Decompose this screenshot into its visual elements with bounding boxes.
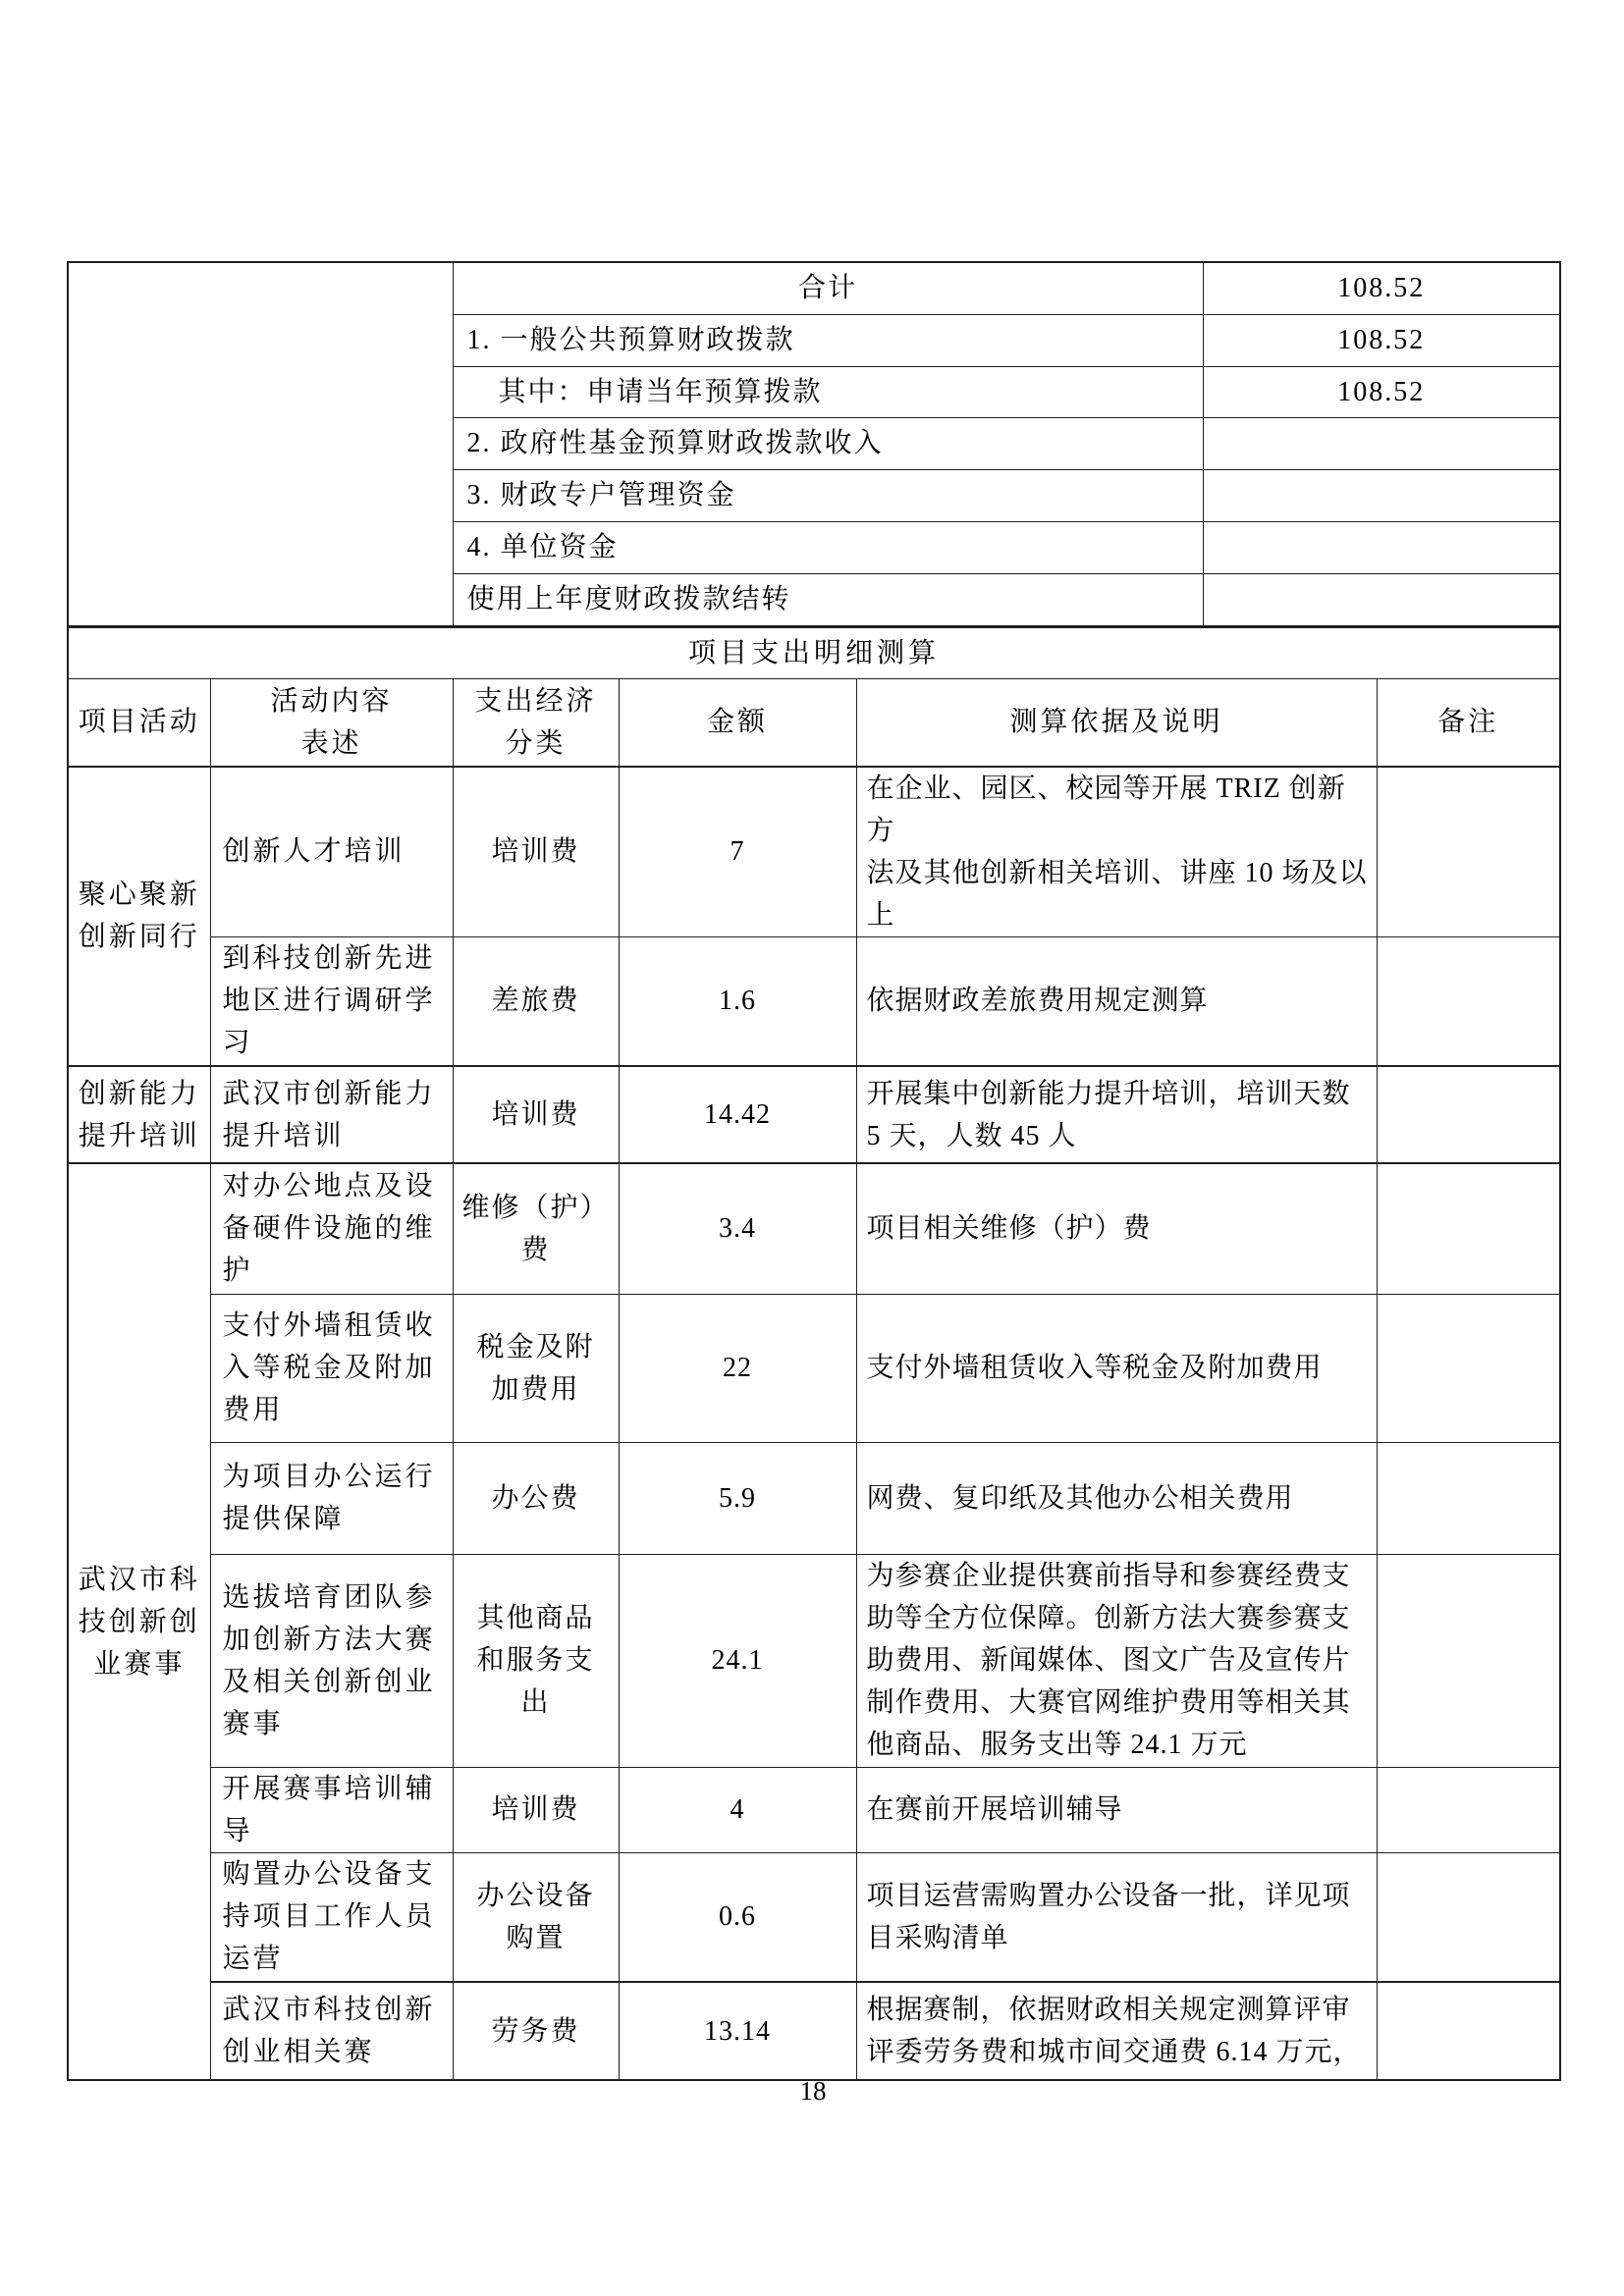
basis-cell: 在赛前开展培训辅导 [856,1767,1377,1852]
funding-label: 3. 财政专户管理资金 [453,469,1203,521]
activity-cell: 支付外墙租赁收 入等税金及附加 费用 [210,1294,453,1442]
basis-cell: 根据赛制，依据财政相关规定测算评审 评委劳务费和城市间交通费 6.14 万元， [856,1982,1377,2080]
funding-value [1203,469,1560,521]
note-cell [1377,1767,1560,1852]
basis-cell: 网费、复印纸及其他办公相关费用 [856,1442,1377,1554]
activity-cell: 为项目办公运行 提供保障 [210,1442,453,1554]
amount-cell: 1.6 [619,936,856,1066]
note-cell [1377,1066,1560,1163]
detail-row: 聚心聚新 创新同行 创新人才培训 培训费 7 在企业、园区、校园等开展 TRIZ… [68,767,1560,937]
funding-value: 108.52 [1203,314,1560,366]
activity-cell: 购置办公设备支 持项目工作人员 运营 [210,1852,453,1982]
column-header-note: 备注 [1377,679,1560,767]
note-cell [1377,1442,1560,1554]
column-header-amount: 金额 [619,679,856,767]
funding-label: 2. 政府性基金预算财政拨款收入 [453,417,1203,469]
funding-label: 其中：申请当年预算拨款 [453,366,1203,417]
category-cell: 办公设备 购置 [453,1852,619,1982]
category-cell: 培训费 [453,1767,619,1852]
basis-cell: 支付外墙租赁收入等税金及附加费用 [856,1294,1377,1442]
detail-table: 项目支出明细测算 项目活动 活动内容 表述 支出经济 分类 金额 测算依据及说明… [67,626,1561,2082]
funding-spacer-cell [68,262,453,625]
basis-cell: 在企业、园区、校园等开展 TRIZ 创新方 法及其他创新相关培训、讲座 10 场… [856,767,1377,937]
detail-header-row: 项目活动 活动内容 表述 支出经济 分类 金额 测算依据及说明 备注 [68,679,1560,767]
amount-cell: 4 [619,1767,856,1852]
detail-row: 购置办公设备支 持项目工作人员 运营 办公设备 购置 0.6 项目运营需购置办公… [68,1852,1560,1982]
amount-cell: 5.9 [619,1442,856,1554]
column-header-expense-category: 支出经济 分类 [453,679,619,767]
activity-cell: 武汉市创新能力 提升培训 [210,1066,453,1163]
basis-cell: 依据财政差旅费用规定测算 [856,936,1377,1066]
activity-cell: 对办公地点及设 备硬件设施的维 护 [210,1163,453,1294]
activity-cell: 开展赛事培训辅 导 [210,1767,453,1852]
activity-cell: 创新人才培训 [210,767,453,937]
note-cell [1377,1163,1560,1294]
activity-group-cell: 创新能力 提升培训 [68,1066,210,1163]
basis-cell: 为参赛企业提供赛前指导和参赛经费支 助等全方位保障。创新方法大赛参赛支 助费用、… [856,1554,1377,1767]
basis-cell: 项目相关维修（护）费 [856,1163,1377,1294]
detail-row: 为项目办公运行 提供保障 办公费 5.9 网费、复印纸及其他办公相关费用 [68,1442,1560,1554]
funding-value: 108.52 [1203,262,1560,314]
detail-row: 武汉市科 技创新创 业赛事 对办公地点及设 备硬件设施的维 护 维修（护） 费 … [68,1163,1560,1294]
note-cell [1377,1294,1560,1442]
detail-table-title: 项目支出明细测算 [68,627,1560,679]
funding-table: 合计 108.52 1. 一般公共预算财政拨款 108.52 其中：申请当年预算… [67,261,1561,626]
activity-group-cell: 武汉市科 技创新创 业赛事 [68,1163,210,2080]
category-cell: 维修（护） 费 [453,1163,619,1294]
funding-label: 1. 一般公共预算财政拨款 [453,314,1203,366]
category-cell: 差旅费 [453,936,619,1066]
amount-cell: 7 [619,767,856,937]
category-cell: 培训费 [453,1066,619,1163]
amount-cell: 22 [619,1294,856,1442]
category-cell: 税金及附 加费用 [453,1294,619,1442]
category-cell: 培训费 [453,767,619,937]
detail-row: 选拔培育团队参 加创新方法大赛 及相关创新创业 赛事 其他商品 和服务支 出 2… [68,1554,1560,1767]
page-number: 18 [67,2066,1559,2115]
note-cell [1377,1852,1560,1982]
funding-value [1203,521,1560,573]
column-header-activity-group: 项目活动 [68,679,210,767]
funding-value [1203,417,1560,469]
category-cell: 其他商品 和服务支 出 [453,1554,619,1767]
document-page: 合计 108.52 1. 一般公共预算财政拨款 108.52 其中：申请当年预算… [0,0,1624,2296]
detail-row: 开展赛事培训辅 导 培训费 4 在赛前开展培训辅导 [68,1767,1560,1852]
funding-row: 合计 108.52 [68,262,1560,314]
note-cell [1377,767,1560,937]
activity-cell: 选拔培育团队参 加创新方法大赛 及相关创新创业 赛事 [210,1554,453,1767]
detail-row: 武汉市科技创新 创业相关赛 劳务费 13.14 根据赛制，依据财政相关规定测算评… [68,1982,1560,2080]
funding-value: 108.52 [1203,366,1560,417]
amount-cell: 24.1 [619,1554,856,1767]
note-cell [1377,1982,1560,2080]
column-header-activity-desc: 活动内容 表述 [210,679,453,767]
basis-cell: 项目运营需购置办公设备一批，详见项 目采购清单 [856,1852,1377,1982]
activity-group-cell: 聚心聚新 创新同行 [68,767,210,1067]
activity-cell: 武汉市科技创新 创业相关赛 [210,1982,453,2080]
funding-label: 4. 单位资金 [453,521,1203,573]
category-cell: 办公费 [453,1442,619,1554]
note-cell [1377,936,1560,1066]
category-cell: 劳务费 [453,1982,619,2080]
tables-area: 合计 108.52 1. 一般公共预算财政拨款 108.52 其中：申请当年预算… [67,261,1559,2081]
detail-row: 创新能力 提升培训 武汉市创新能力 提升培训 培训费 14.42 开展集中创新能… [68,1066,1560,1163]
funding-label: 合计 [453,262,1203,314]
basis-cell: 开展集中创新能力提升培训，培训天数 5 天，人数 45 人 [856,1066,1377,1163]
funding-label: 使用上年度财政拨款结转 [453,573,1203,625]
detail-row: 到科技创新先进 地区进行调研学 习 差旅费 1.6 依据财政差旅费用规定测算 [68,936,1560,1066]
amount-cell: 13.14 [619,1982,856,2080]
funding-value [1203,573,1560,625]
amount-cell: 14.42 [619,1066,856,1163]
detail-row: 支付外墙租赁收 入等税金及附加 费用 税金及附 加费用 22 支付外墙租赁收入等… [68,1294,1560,1442]
amount-cell: 3.4 [619,1163,856,1294]
note-cell [1377,1554,1560,1767]
activity-cell: 到科技创新先进 地区进行调研学 习 [210,936,453,1066]
column-header-basis: 测算依据及说明 [856,679,1377,767]
detail-title-row: 项目支出明细测算 [68,627,1560,679]
amount-cell: 0.6 [619,1852,856,1982]
